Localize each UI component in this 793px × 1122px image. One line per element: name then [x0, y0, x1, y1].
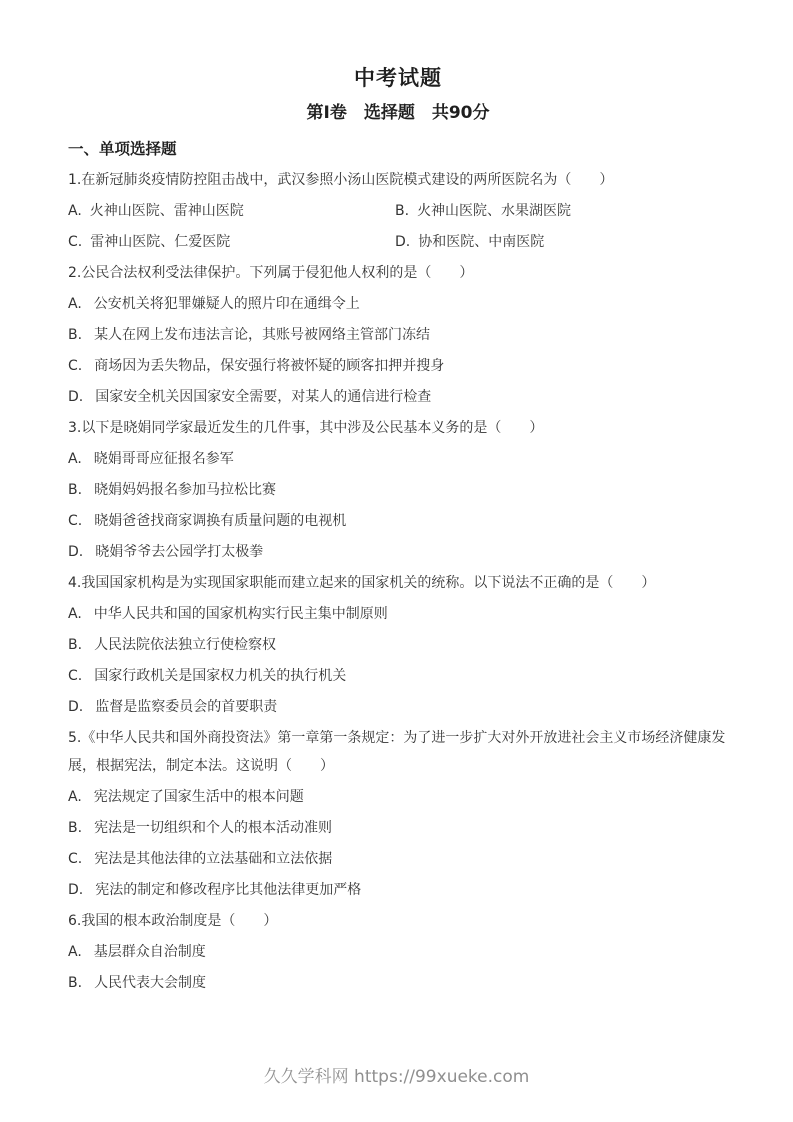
question-3-option-b: B. 晓娟妈妈报名参加马拉松比赛 [68, 476, 728, 504]
question-6-option-a: A. 基层群众自治制度 [68, 938, 728, 966]
option-label: C. [68, 352, 82, 380]
option-text: 晓娟妈妈报名参加马拉松比赛 [94, 476, 276, 504]
question-4: 4.我国国家机构是为实现国家职能而建立起来的国家机关的统称。以下说法不正确的是（… [68, 569, 728, 721]
option-label: A. [68, 445, 82, 473]
site-watermark: 久久学科网 https://99xueke.com [0, 1063, 793, 1091]
option-label: B. [68, 476, 82, 504]
question-1: 1.在新冠肺炎疫情防控阻击战中，武汉参照小汤山医院模式建设的两所医院名为（ ） … [68, 166, 728, 259]
question-5-stem: 5.《中华人民共和国外商投资法》第一章第一条规定：为了进一步扩大对外开放进社会主… [68, 724, 728, 780]
option-text: 晓娟爷爷去公园学打太极拳 [95, 538, 263, 566]
question-3: 3.以下是晓娟同学家最近发生的几件事，其中涉及公民基本义务的是（ ） A. 晓娟… [68, 414, 728, 566]
question-1-option-c: C. 雷神山医院、仁爱医院 [68, 228, 395, 256]
option-text: 火神山医院、雷神山医院 [90, 197, 244, 225]
option-text: 火神山医院、水果湖医院 [417, 197, 571, 225]
option-text: 国家安全机关因国家安全需要，对某人的通信进行检查 [95, 383, 431, 411]
option-text: 某人在网上发布违法言论，其账号被网络主管部门冻结 [94, 321, 430, 349]
question-1-stem: 1.在新冠肺炎疫情防控阻击战中，武汉参照小汤山医院模式建设的两所医院名为（ ） [68, 166, 728, 194]
question-3-option-d: D. 晓娟爷爷去公园学打太极拳 [68, 538, 728, 566]
question-2-option-a: A. 公安机关将犯罪嫌疑人的照片印在通缉令上 [68, 290, 728, 318]
page-title: 中考试题 [68, 64, 728, 92]
option-text: 人民代表大会制度 [94, 969, 206, 997]
option-label: A. [68, 290, 82, 318]
option-text: 宪法规定了国家生活中的根本问题 [94, 783, 304, 811]
option-text: 晓娟哥哥应征报名参军 [94, 445, 234, 473]
question-2: 2.公民合法权利受法律保护。下列属于侵犯他人权利的是（ ） A. 公安机关将犯罪… [68, 259, 728, 411]
section-header: 一、单项选择题 [68, 135, 728, 163]
option-text: 宪法的制定和修改程序比其他法律更加严格 [95, 876, 361, 904]
question-3-option-c: C. 晓娟爸爸找商家调换有质量问题的电视机 [68, 507, 728, 535]
option-label: B. [68, 631, 82, 659]
question-2-stem: 2.公民合法权利受法律保护。下列属于侵犯他人权利的是（ ） [68, 259, 728, 287]
question-4-stem: 4.我国国家机构是为实现国家职能而建立起来的国家机关的统称。以下说法不正确的是（… [68, 569, 728, 597]
option-text: 国家行政机关是国家权力机关的执行机关 [94, 662, 346, 690]
option-label: C. [68, 662, 82, 690]
option-label: C. [68, 845, 82, 873]
question-6-stem: 6.我国的根本政治制度是（ ） [68, 907, 728, 935]
question-5-option-a: A. 宪法规定了国家生活中的根本问题 [68, 783, 728, 811]
option-label: D. [68, 538, 83, 566]
option-label: B. [68, 969, 82, 997]
question-1-option-a: A. 火神山医院、雷神山医院 [68, 197, 395, 225]
question-5-option-c: C. 宪法是其他法律的立法基础和立法依据 [68, 845, 728, 873]
option-label: B. [68, 814, 82, 842]
question-2-option-b: B. 某人在网上发布违法言论，其账号被网络主管部门冻结 [68, 321, 728, 349]
option-label: A. [68, 197, 82, 225]
option-label: D. [68, 876, 83, 904]
question-4-option-b: B. 人民法院依法独立行使检察权 [68, 631, 728, 659]
option-label: B. [68, 321, 82, 349]
question-5-option-b: B. 宪法是一切组织和个人的根本活动准则 [68, 814, 728, 842]
option-label: D. [68, 383, 83, 411]
option-label: C. [68, 228, 82, 256]
exam-page: 中考试题 第Ⅰ卷 选择题 共90分 一、单项选择题 1.在新冠肺炎疫情防控阻击战… [0, 0, 793, 1122]
option-text: 雷神山医院、仁爱医院 [90, 228, 230, 256]
option-text: 中华人民共和国的国家机构实行民主集中制原则 [94, 600, 388, 628]
option-label: A. [68, 600, 82, 628]
question-2-option-d: D. 国家安全机关因国家安全需要，对某人的通信进行检查 [68, 383, 728, 411]
option-text: 宪法是一切组织和个人的根本活动准则 [94, 814, 332, 842]
option-text: 晓娟爸爸找商家调换有质量问题的电视机 [94, 507, 346, 535]
option-text: 公安机关将犯罪嫌疑人的照片印在通缉令上 [94, 290, 360, 318]
question-4-option-d: D. 监督是监察委员会的首要职责 [68, 693, 728, 721]
question-3-option-a: A. 晓娟哥哥应征报名参军 [68, 445, 728, 473]
question-5: 5.《中华人民共和国外商投资法》第一章第一条规定：为了进一步扩大对外开放进社会主… [68, 724, 728, 904]
option-text: 监督是监察委员会的首要职责 [95, 693, 277, 721]
question-2-option-c: C. 商场因为丢失物品，保安强行将被怀疑的顾客扣押并搜身 [68, 352, 728, 380]
option-label: A. [68, 938, 82, 966]
question-1-option-d: D. 协和医院、中南医院 [395, 228, 728, 256]
option-label: A. [68, 783, 82, 811]
question-4-option-a: A. 中华人民共和国的国家机构实行民主集中制原则 [68, 600, 728, 628]
question-1-options: A. 火神山医院、雷神山医院 B. 火神山医院、水果湖医院 C. 雷神山医院、仁… [68, 197, 728, 259]
question-6: 6.我国的根本政治制度是（ ） A. 基层群众自治制度 B. 人民代表大会制度 [68, 907, 728, 997]
option-text: 人民法院依法独立行使检察权 [94, 631, 276, 659]
exam-content: 中考试题 第Ⅰ卷 选择题 共90分 一、单项选择题 1.在新冠肺炎疫情防控阻击战… [0, 0, 793, 997]
paper-part-heading: 第Ⅰ卷 选择题 共90分 [68, 99, 728, 127]
option-text: 基层群众自治制度 [94, 938, 206, 966]
option-text: 协和医院、中南医院 [418, 228, 544, 256]
option-text: 商场因为丢失物品，保安强行将被怀疑的顾客扣押并搜身 [94, 352, 444, 380]
option-label: D. [68, 693, 83, 721]
question-6-option-b: B. 人民代表大会制度 [68, 969, 728, 997]
option-text: 宪法是其他法律的立法基础和立法依据 [94, 845, 332, 873]
question-3-stem: 3.以下是晓娟同学家最近发生的几件事，其中涉及公民基本义务的是（ ） [68, 414, 728, 442]
question-5-option-d: D. 宪法的制定和修改程序比其他法律更加严格 [68, 876, 728, 904]
option-label: C. [68, 507, 82, 535]
option-label: B. [395, 197, 409, 225]
question-1-option-b: B. 火神山医院、水果湖医院 [395, 197, 728, 225]
option-label: D. [395, 228, 410, 256]
question-4-option-c: C. 国家行政机关是国家权力机关的执行机关 [68, 662, 728, 690]
